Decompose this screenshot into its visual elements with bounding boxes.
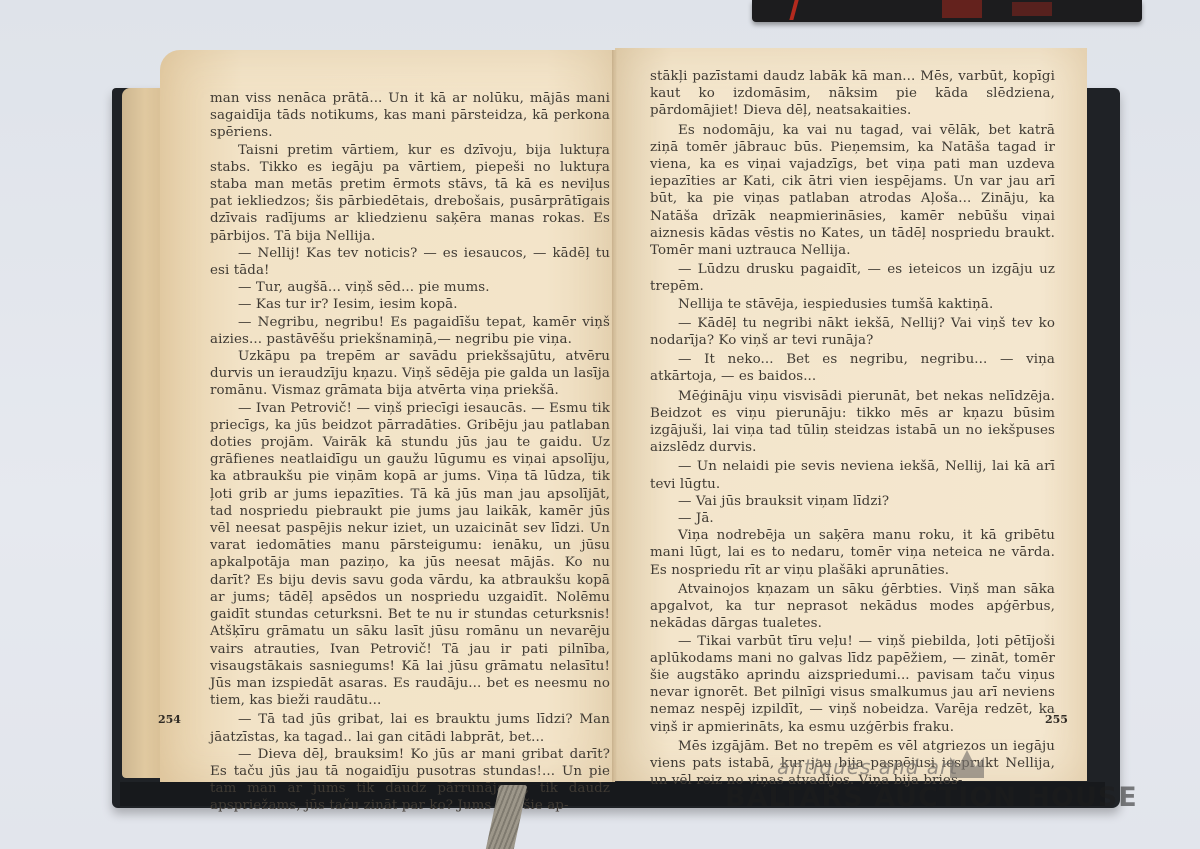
paragraph: — Lūdzu drusku pagaidīt, — es ieteicos u… <box>650 261 1055 295</box>
paragraph: Atvainojos kņazam un sāku ģērbties. Viņš… <box>650 581 1055 633</box>
paragraph: Nellija te stāvēja, iespiedusies tumšā k… <box>650 296 1055 313</box>
right-page: stākļi pazīstami daudz labāk kā man... M… <box>615 48 1087 781</box>
paragraph: — Kādēļ tu negribi nākt iekšā, Nellij? V… <box>650 315 1055 349</box>
spine-decoration <box>942 0 982 18</box>
paragraph: — It neko... Bet es negribu, negribu... … <box>650 351 1055 385</box>
page-number: 254 <box>158 713 181 726</box>
paragraph: Es nodomāju, ka vai nu tagad, vai vēlāk,… <box>650 122 1055 260</box>
paragraph: — Vai jūs brauksit viņam līdzi? <box>650 493 1055 510</box>
left-page-text: man viss nenāca prātā... Un it kā ar nol… <box>210 90 610 815</box>
book-gutter <box>612 50 617 782</box>
paragraph: — Nellij! Kas tev noticis? — es iesaucos… <box>210 245 610 279</box>
paragraph: — Tur, augšā... viņš sēd... pie mums. <box>210 279 610 296</box>
paragraph: Mēs izgājām. Bet no trepēm es vēl atgrie… <box>650 738 1055 790</box>
background-book-spine <box>752 0 1142 22</box>
paragraph: — Ivan Petrovič! — viņš priecīgi iesaucā… <box>210 400 610 710</box>
right-page-text: stākļi pazīstami daudz labāk kā man... M… <box>650 68 1055 789</box>
paragraph: stākļi pazīstami daudz labāk kā man... M… <box>650 68 1055 120</box>
paragraph: — Negribu, negribu! Es pagaidīšu tepat, … <box>210 314 610 348</box>
left-page: man viss nenāca prātā... Un it kā ar nol… <box>160 50 615 782</box>
paragraph: Uzkāpu pa trepēm ar savādu priekšsajūtu,… <box>210 348 610 400</box>
paragraph: — Dieva dēļ, brauksim! Ko jūs ar mani gr… <box>210 746 610 815</box>
paragraph: man viss nenāca prātā... Un it kā ar nol… <box>210 90 610 142</box>
spine-decoration <box>789 0 798 20</box>
paragraph: — Kas tur ir? Iesim, iesim kopā. <box>210 296 610 313</box>
paragraph: — Tikai varbūt tīru veļu! — viņš piebild… <box>650 633 1055 736</box>
paragraph: Taisni pretim vārtiem, kur es dzīvoju, b… <box>210 142 610 245</box>
spine-decoration <box>1012 2 1052 16</box>
paragraph: — Jā. <box>650 510 1055 527</box>
paragraph: Viņa nodrebēja un saķēra manu roku, it k… <box>650 527 1055 579</box>
paragraph: — Un nelaidi pie sevis neviena iekšā, Ne… <box>650 458 1055 492</box>
page-number: 255 <box>1045 713 1068 726</box>
paragraph: Mēģināju viņu visvisādi pierunāt, bet ne… <box>650 388 1055 457</box>
paragraph: — Tā tad jūs gribat, lai es brauktu jums… <box>210 711 610 745</box>
